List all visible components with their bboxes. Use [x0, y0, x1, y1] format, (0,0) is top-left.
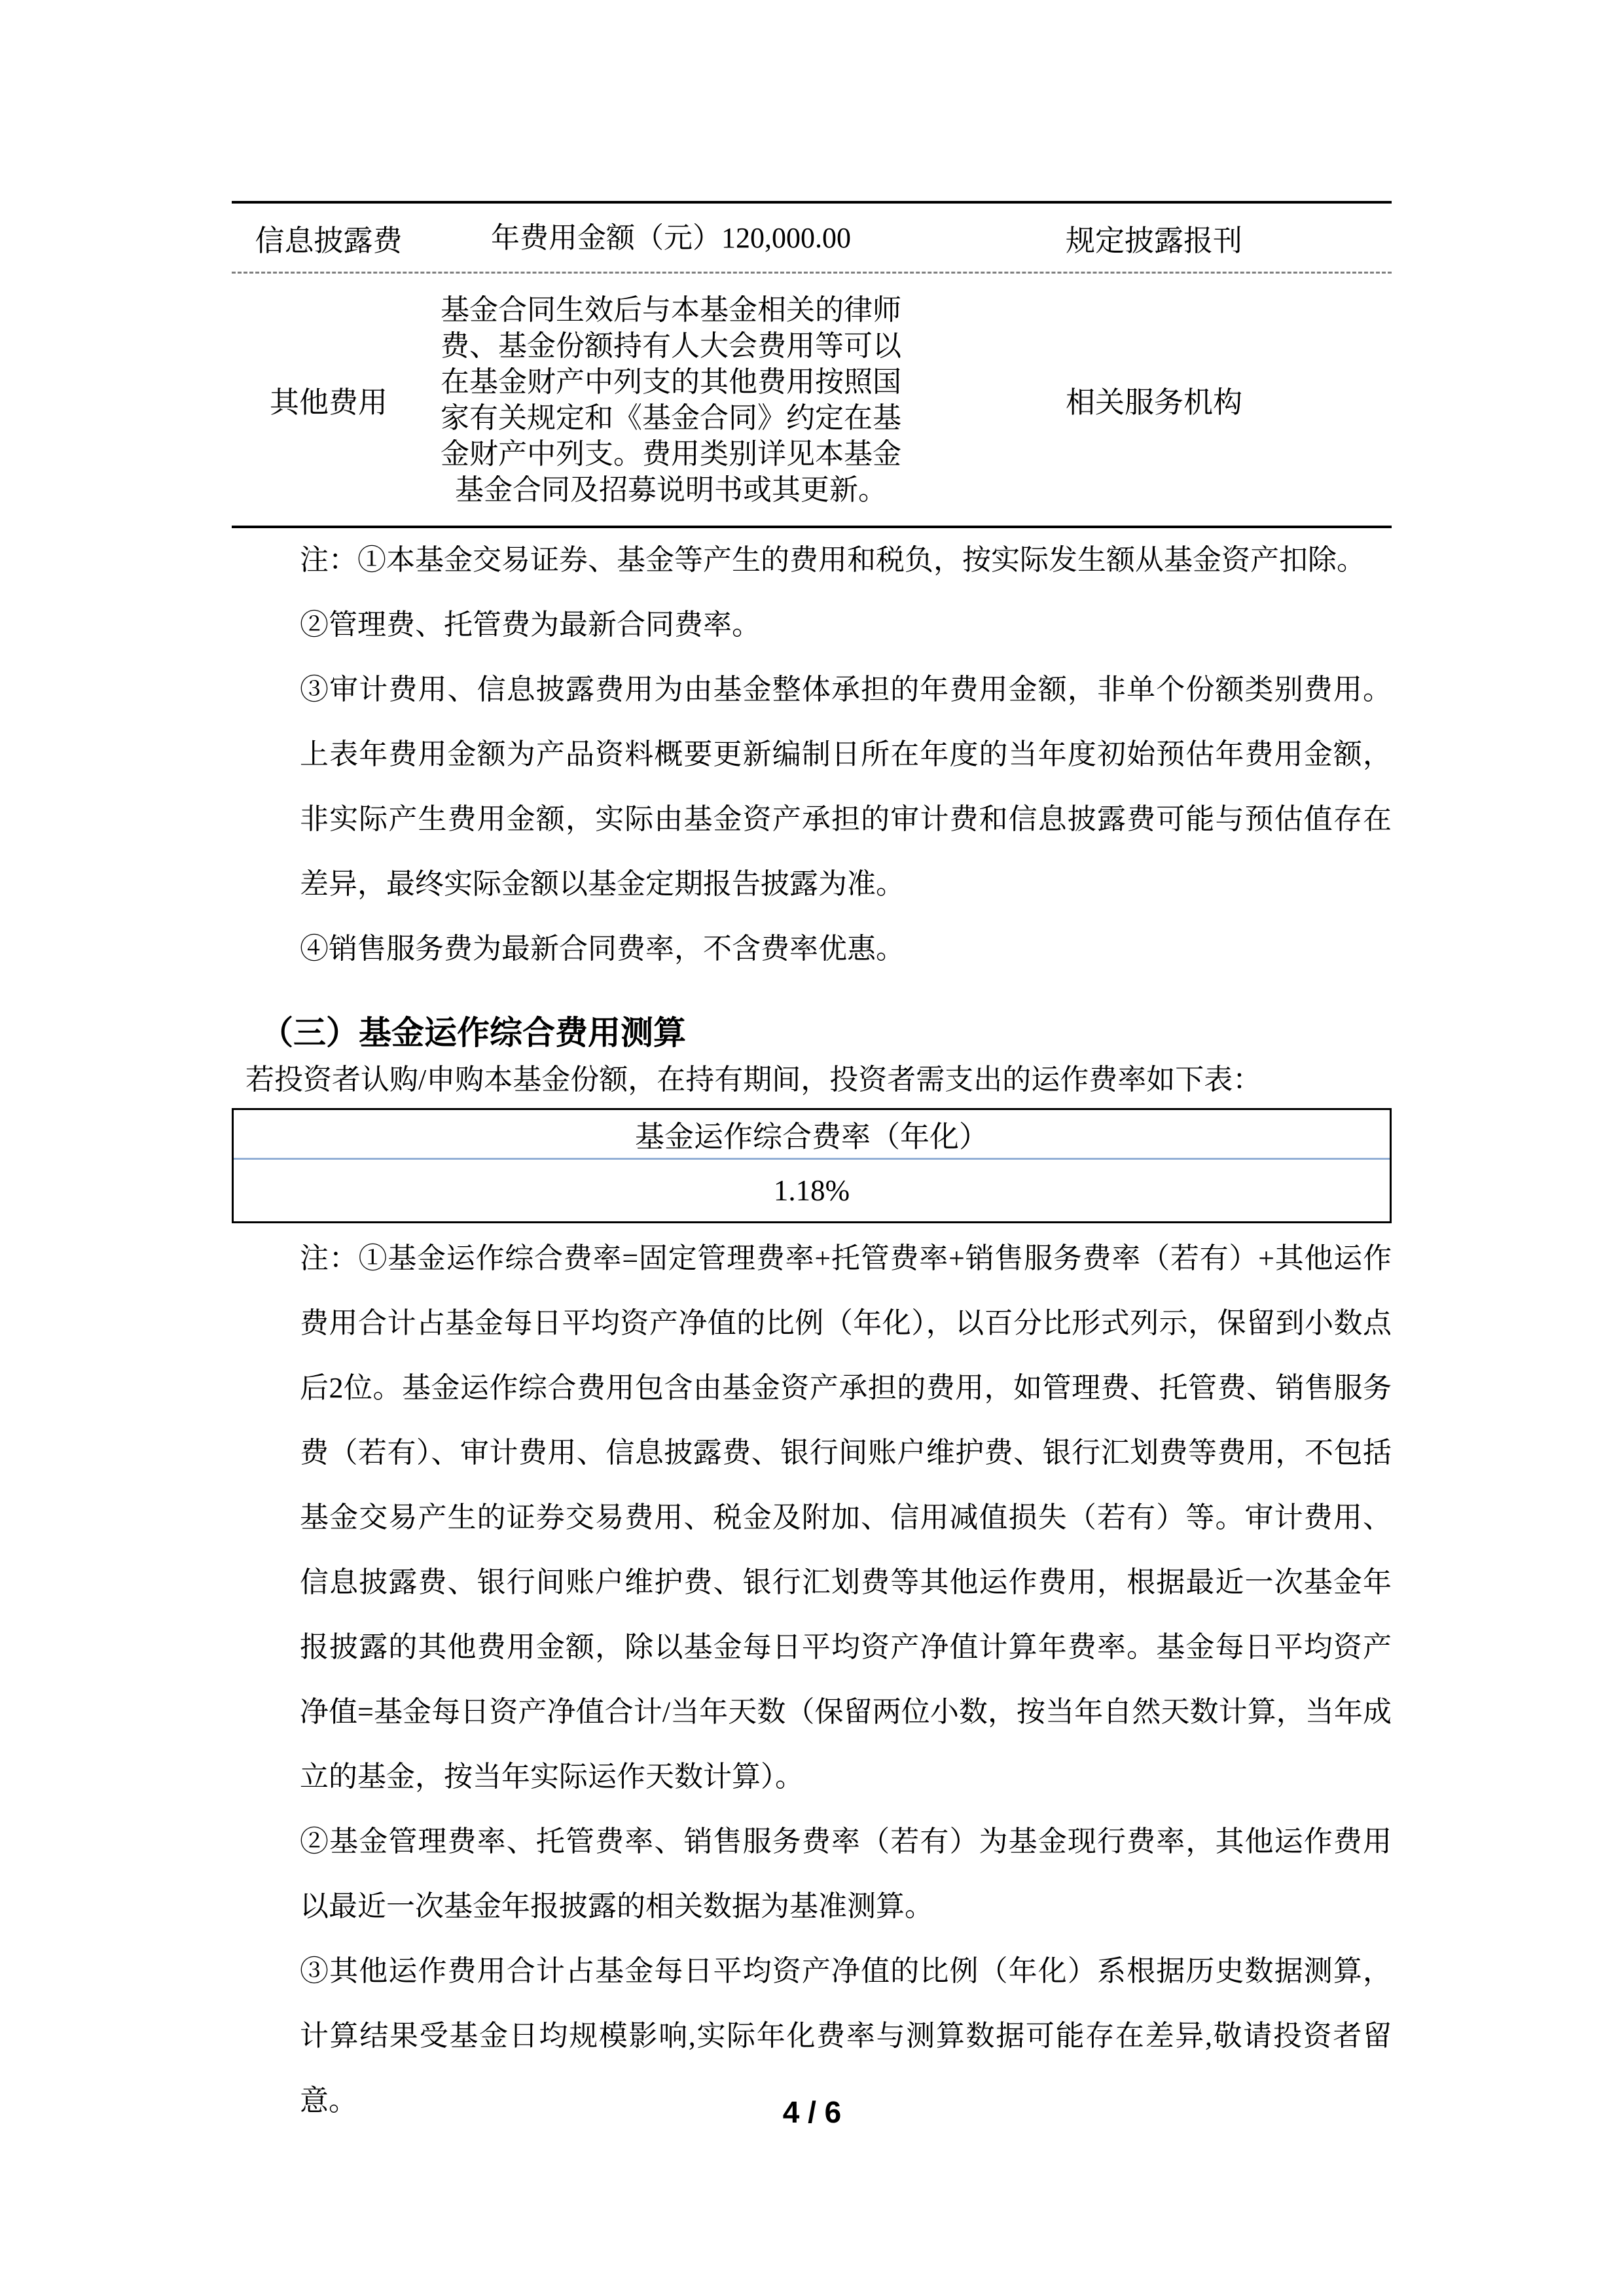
- fee-description-cell: 年费用金额（元）120,000.00: [425, 220, 916, 256]
- table-row: 其他费用 基金合同生效后与本基金相关的律师费、基金份额持有人大会费用等可以在基金…: [232, 274, 1392, 526]
- composite-fee-header-cell: 基金运作综合费率（年化）: [234, 1110, 1390, 1160]
- composite-fee-notes: 注：①基金运作综合费率=固定管理费率+托管费率+销售服务费率（若有）+其他运作费…: [300, 1226, 1392, 2133]
- document-page: 信息披露费 年费用金额（元）120,000.00 规定披露报刊 其他费用 基金合…: [0, 0, 1624, 2296]
- page-number: 4 / 6: [0, 2094, 1624, 2130]
- fee-category-cell: 其他费用: [232, 378, 425, 421]
- section-heading: （三）基金运作综合费用测算: [261, 1011, 686, 1054]
- note-item: ③审计费用、信息披露费用为由基金整体承担的年费用金额，非单个份额类别费用。上表年…: [300, 657, 1392, 916]
- note-item: ②管理费、托管费为最新合同费率。: [300, 592, 1392, 657]
- composite-fee-value-cell: 1.18%: [234, 1160, 1390, 1221]
- fee-recipient-cell: 相关服务机构: [916, 378, 1392, 421]
- fees-table: 信息披露费 年费用金额（元）120,000.00 规定披露报刊 其他费用 基金合…: [232, 201, 1392, 528]
- fee-recipient-cell: 规定披露报刊: [916, 217, 1392, 259]
- note-item: ④销售服务费为最新合同费率，不含费率优惠。: [300, 916, 1392, 981]
- fee-category-cell: 信息披露费: [232, 217, 425, 259]
- note-item: 注：①本基金交易证券、基金等产生的费用和税负，按实际发生额从基金资产扣除。: [300, 528, 1392, 592]
- fee-description-cell: 基金合同生效后与本基金相关的律师费、基金份额持有人大会费用等可以在基金财产中列支…: [425, 292, 916, 508]
- note-item: ②基金管理费率、托管费率、销售服务费率（若有）为基金现行费率，其他运作费用以最近…: [300, 1809, 1392, 1939]
- note-item: 注：①基金运作综合费率=固定管理费率+托管费率+销售服务费率（若有）+其他运作费…: [300, 1226, 1392, 1809]
- composite-fee-table: 基金运作综合费率（年化） 1.18%: [232, 1108, 1392, 1223]
- table-row: 信息披露费 年费用金额（元）120,000.00 规定披露报刊: [232, 204, 1392, 274]
- section-intro: 若投资者认购/申购本基金份额，在持有期间，投资者需支出的运作费率如下表：: [245, 1062, 1261, 1098]
- fees-notes: 注：①本基金交易证券、基金等产生的费用和税负，按实际发生额从基金资产扣除。 ②管…: [300, 528, 1392, 981]
